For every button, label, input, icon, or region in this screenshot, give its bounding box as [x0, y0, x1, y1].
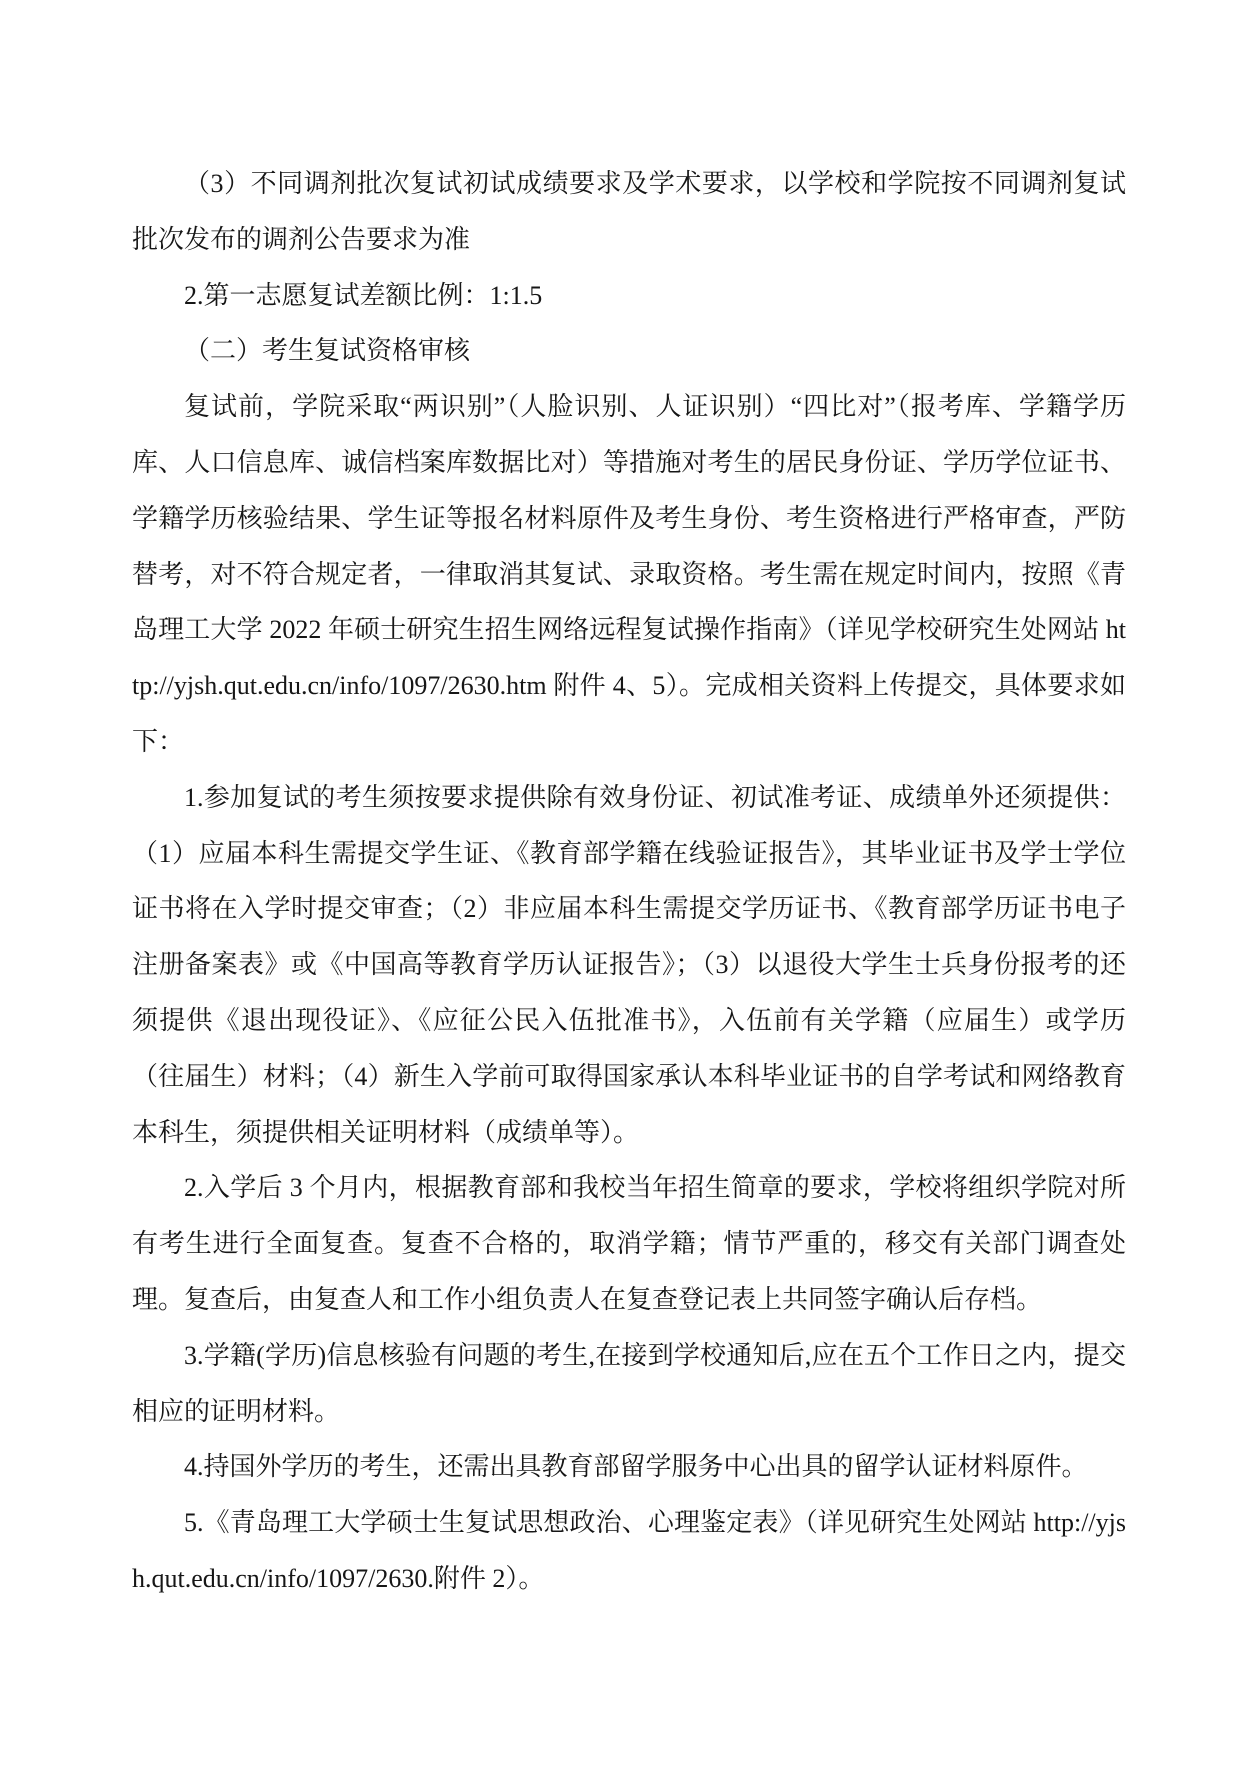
paragraph-first-choice-retest-ratio: 2.第一志愿复试差额比例：1:1.5 [132, 268, 1126, 324]
paragraph-identity-verification-measures: 复试前，学院采取“两识别”（人脸识别、人证识别）“四比对”（报考库、学籍学历库、… [132, 379, 1126, 770]
paragraph-required-materials-list: 1.参加复试的考生须按要求提供除有效身份证、初试准考证、成绩单外还须提供：（1）… [132, 770, 1126, 1161]
paragraph-ideological-psychological-form: 5.《青岛理工大学硕士生复试思想政治、心理鉴定表》（详见研究生处网站 http:… [132, 1495, 1126, 1607]
paragraph-status-verification-issues: 3.学籍(学历)信息核验有问题的考生,在接到学校通知后,应在五个工作日之内，提交… [132, 1328, 1126, 1440]
document-page: （3）不同调剂批次复试初试成绩要求及学术要求，以学校和学院按不同调剂复试批次发布… [0, 0, 1256, 1777]
heading-candidate-qualification-review: （二）考生复试资格审核 [132, 323, 1126, 379]
paragraph-transfer-batch-requirements: （3）不同调剂批次复试初试成绩要求及学术要求，以学校和学院按不同调剂复试批次发布… [132, 156, 1126, 268]
paragraph-post-enrollment-recheck: 2.入学后 3 个月内，根据教育部和我校当年招生简章的要求，学校将组织学院对所有… [132, 1160, 1126, 1327]
document-body: （3）不同调剂批次复试初试成绩要求及学术要求，以学校和学院按不同调剂复试批次发布… [132, 156, 1126, 1607]
paragraph-overseas-degree-certification: 4.持国外学历的考生，还需出具教育部留学服务中心出具的留学认证材料原件。 [132, 1439, 1126, 1495]
